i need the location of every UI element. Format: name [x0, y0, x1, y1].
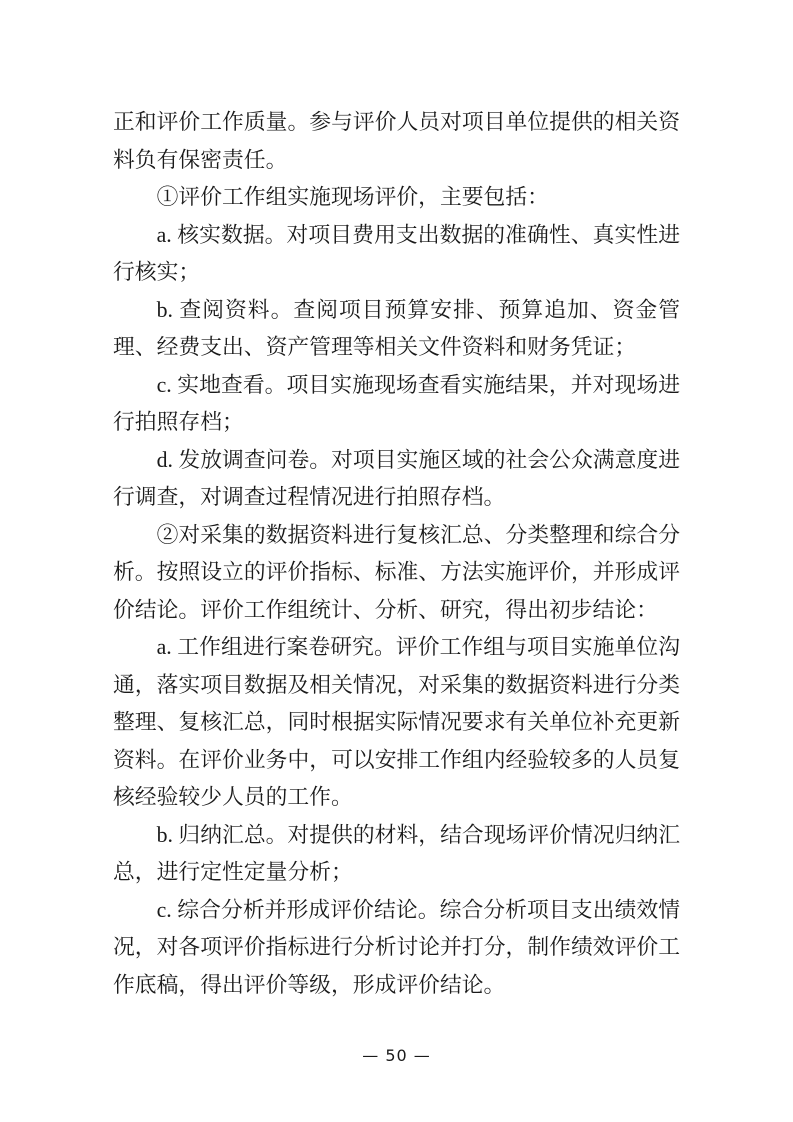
- paragraph-circled-1: ①评价工作组实施现场评价，主要包括：: [113, 179, 680, 217]
- paragraph-item-d1: d. 发放调查问卷。对项目实施区域的社会公众满意度进行调查，对调查过程情况进行拍…: [113, 442, 680, 517]
- page-number: — 50 —: [0, 1046, 793, 1065]
- body-text: 正和评价工作质量。参与评价人员对项目单位提供的相关资料负有保密责任。 ①评价工作…: [113, 104, 680, 1004]
- paragraph-item-c1: c. 实地查看。项目实施现场查看实施结果，并对现场进行拍照存档；: [113, 367, 680, 442]
- paragraph-circled-2: ②对采集的数据资料进行复核汇总、分类整理和综合分析。按照设立的评价指标、标准、方…: [113, 517, 680, 630]
- paragraph-item-a1: a. 核实数据。对项目费用支出数据的准确性、真实性进行核实；: [113, 217, 680, 292]
- document-page: 正和评价工作质量。参与评价人员对项目单位提供的相关资料负有保密责任。 ①评价工作…: [0, 0, 793, 1122]
- paragraph-item-b1: b. 查阅资料。查阅项目预算安排、预算追加、资金管理、经费支出、资产管理等相关文…: [113, 292, 680, 367]
- paragraph-item-c2: c. 综合分析并形成评价结论。综合分析项目支出绩效情况，对各项评价指标进行分析讨…: [113, 892, 680, 1005]
- paragraph-item-b2: b. 归纳汇总。对提供的材料，结合现场评价情况归纳汇总，进行定性定量分析；: [113, 817, 680, 892]
- paragraph-item-a2: a. 工作组进行案卷研究。评价工作组与项目实施单位沟通，落实项目数据及相关情况，…: [113, 629, 680, 817]
- paragraph-continuation: 正和评价工作质量。参与评价人员对项目单位提供的相关资料负有保密责任。: [113, 104, 680, 179]
